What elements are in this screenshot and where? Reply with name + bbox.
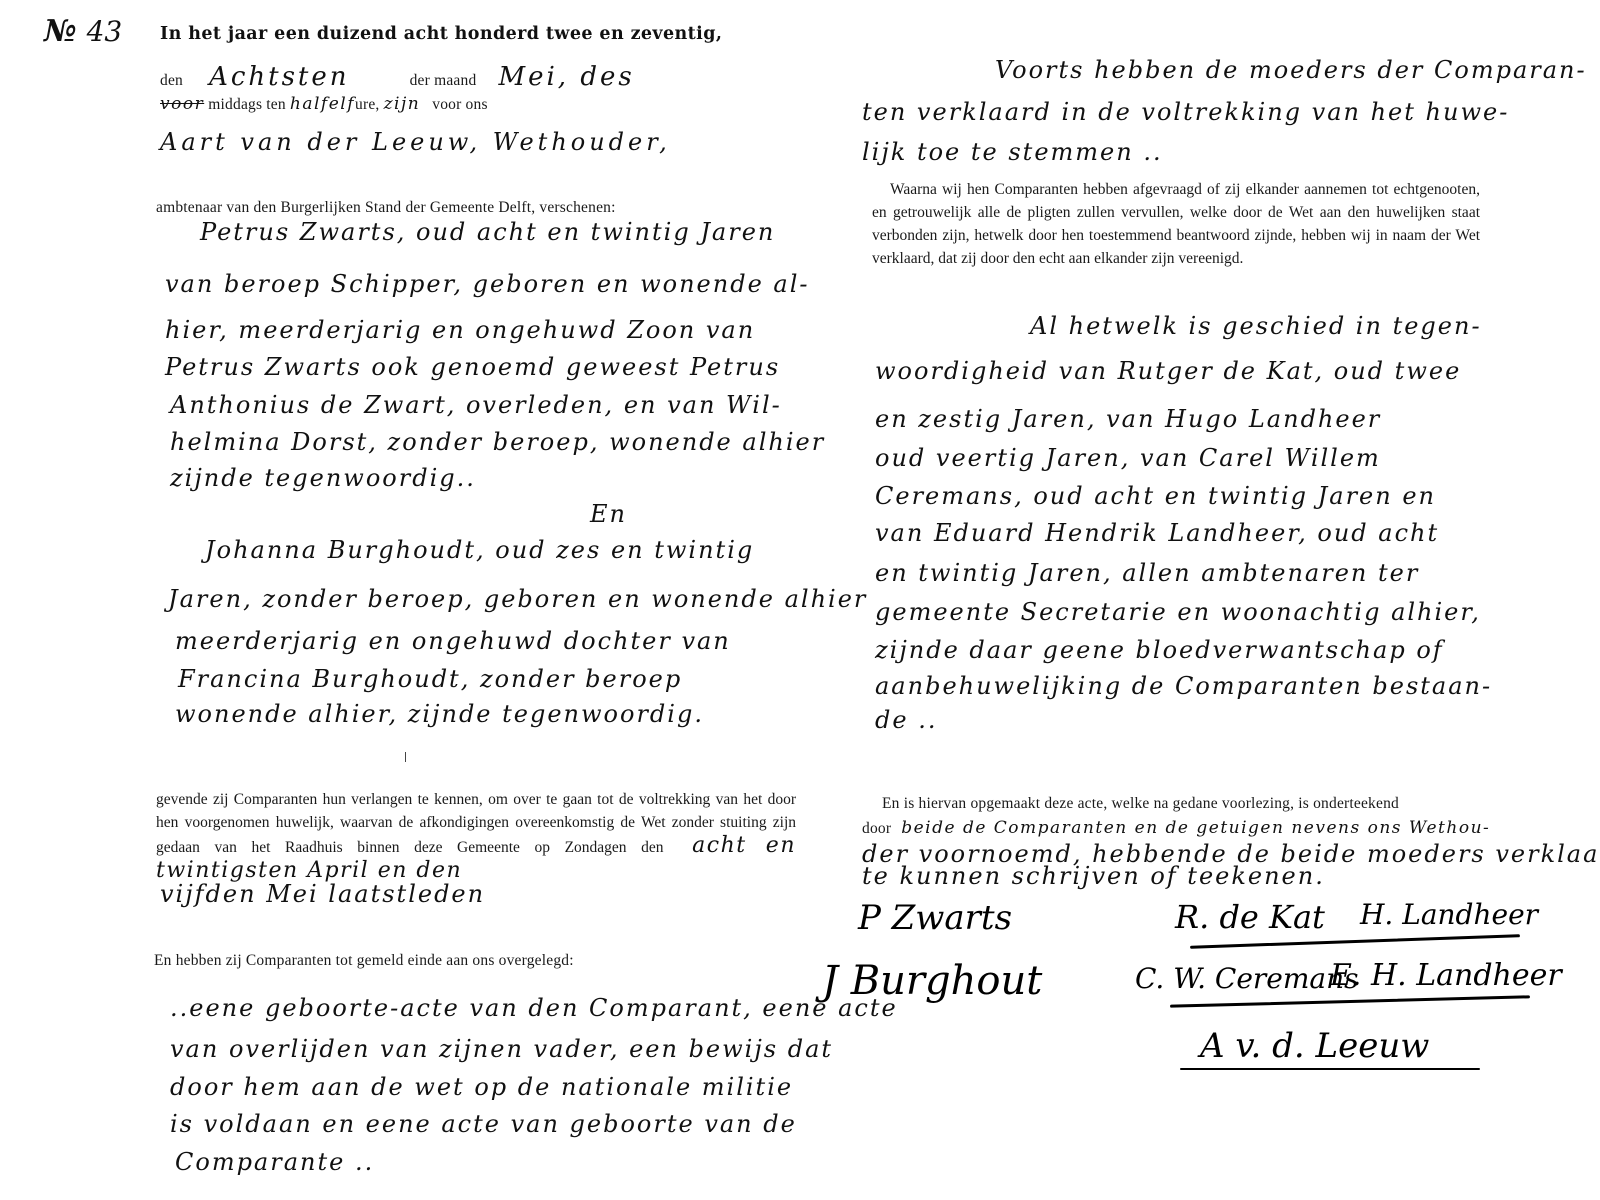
groom-line-3: hier, meerderjarig en ongehuwd Zoon van bbox=[165, 316, 755, 344]
signature-groom: P Zwarts bbox=[858, 898, 1012, 938]
month-label: der maand bbox=[410, 72, 477, 89]
signature-witness-3: C. W. Ceremans bbox=[1135, 962, 1359, 995]
witness-line-4: oud veertig Jaren, van Carel Willem bbox=[875, 444, 1381, 472]
ure-label: ure, bbox=[355, 96, 379, 113]
closing-handwritten-1: beide de Comparanten en de getuigen neve… bbox=[901, 818, 1490, 838]
witness-line-1: Al hetwelk is geschied in tegen- bbox=[1030, 312, 1482, 340]
signature-witness-4: E. H. Landheer bbox=[1330, 958, 1562, 993]
signature-witness-1: R. de Kat bbox=[1175, 898, 1325, 936]
documents-line-3: door hem aan de wet op de nationale mili… bbox=[170, 1073, 793, 1101]
middags-label: middags ten bbox=[208, 96, 286, 113]
witness-line-7: en twintig Jaren, allen ambtenaren ter bbox=[875, 559, 1419, 587]
witness-line-2: woordigheid van Rutger de Kat, oud twee bbox=[875, 357, 1461, 385]
record-number: №43 bbox=[44, 14, 122, 49]
bride-line-4: Francina Burghoudt, zonder beroep bbox=[178, 665, 682, 693]
ambtenaar-line: ambtenaar van den Burgerlijken Stand der… bbox=[156, 199, 616, 217]
witness-line-5: Ceremans, oud acht en twintig Jaren en bbox=[875, 482, 1436, 510]
date-month: Mei, des bbox=[498, 62, 634, 92]
groom-line-5: Anthonius de Zwart, overleden, en van Wi… bbox=[170, 391, 782, 419]
time-hour: halfelf bbox=[290, 94, 355, 114]
margin-tick bbox=[405, 752, 406, 762]
date-line: den Achtsten der maand Mei, des bbox=[160, 62, 635, 92]
signature-official: A v. d. Leeuw bbox=[1200, 1026, 1429, 1066]
closing-handwritten-3: te kunnen schrijven of teekenen. bbox=[862, 862, 1325, 890]
signature-bride: J Burghout bbox=[822, 958, 1042, 1004]
intent-paragraph: gevende zij Comparanten hun verlangen te… bbox=[156, 788, 796, 884]
record-heading: In het jaar een duizend acht honderd twe… bbox=[160, 24, 722, 44]
scanned-document-page: №43 In het jaar een duizend acht honderd… bbox=[0, 0, 1600, 1200]
vows-paragraph: Waarna wij hen Comparanten hebben afgevr… bbox=[872, 178, 1480, 270]
witness-line-10: aanbehuwelijking de Comparanten bestaan- bbox=[875, 672, 1492, 700]
documents-line-5: Comparante .. bbox=[175, 1148, 374, 1176]
documents-line-4: is voldaan en eene acte van geboorte van… bbox=[170, 1110, 797, 1138]
witness-line-9: zijnde daar geene bloedverwantschap of bbox=[875, 636, 1444, 664]
voor-na-middag: voor bbox=[160, 94, 204, 114]
time-line: voor middags ten halfelfure, zijn voor o… bbox=[160, 94, 488, 114]
record-number-value: 43 bbox=[87, 15, 123, 48]
consent-line-1: Voorts hebben de moeders der Comparan- bbox=[995, 56, 1587, 84]
date-prefix: den bbox=[160, 72, 183, 89]
witness-line-8: gemeente Secretarie en woonachtig alhier… bbox=[875, 598, 1481, 626]
closing-line-1: door beide de Comparanten en de getuigen… bbox=[862, 818, 1490, 838]
consent-line-3: lijk toe te stemmen .. bbox=[862, 138, 1163, 166]
groom-line-4: Petrus Zwarts ook genoemd geweest Petrus bbox=[165, 353, 780, 381]
voor-ons-label: voor ons bbox=[432, 96, 487, 113]
bride-line-3: meerderjarig en ongehuwd dochter van bbox=[175, 627, 731, 655]
bride-line-2: Jaren, zonder beroep, geboren en wonende… bbox=[168, 585, 867, 613]
witness-line-3: en zestig Jaren, van Hugo Landheer bbox=[875, 405, 1381, 433]
bride-line-1: Johanna Burghoudt, oud zes en twintig bbox=[205, 536, 754, 564]
signature-witness-2: H. Landheer bbox=[1360, 898, 1538, 931]
date-day: Achtsten bbox=[209, 62, 349, 92]
signature-flourish bbox=[1190, 934, 1520, 949]
documents-line-1: ..eene geboorte-acte van den Comparant, … bbox=[170, 994, 898, 1022]
zijn-word: zijn bbox=[384, 94, 421, 114]
intent-handwritten-2: vijfden Mei laatstleden bbox=[160, 880, 485, 908]
witness-line-6: van Eduard Hendrik Landheer, oud acht bbox=[875, 519, 1439, 547]
signature-flourish bbox=[1180, 1068, 1480, 1070]
groom-line-6: helmina Dorst, zonder beroep, wonende al… bbox=[170, 428, 825, 456]
groom-line-2: van beroep Schipper, geboren en wonende … bbox=[165, 270, 810, 298]
groom-line-7: zijnde tegenwoordig.. bbox=[170, 464, 476, 492]
number-label: № bbox=[44, 14, 77, 49]
witness-line-11: de .. bbox=[875, 706, 937, 734]
connector-en: En bbox=[590, 500, 627, 528]
groom-line-1: Petrus Zwarts, oud acht en twintig Jaren bbox=[200, 218, 775, 246]
bride-line-5: wonende alhier, zijnde tegenwoordig. bbox=[175, 700, 704, 728]
documents-line-2: van overlijden van zijnen vader, een bew… bbox=[170, 1035, 833, 1063]
consent-line-2: ten verklaard in de voltrekking van het … bbox=[862, 98, 1509, 126]
official-name-line: Aart van der Leeuw, Wethouder, bbox=[160, 128, 671, 156]
door-label: door bbox=[862, 820, 891, 837]
closing-printed: En is hiervan opgemaakt deze acte, welke… bbox=[882, 795, 1399, 813]
documents-intro: En hebben zij Comparanten tot gemeld ein… bbox=[154, 952, 574, 970]
signature-flourish bbox=[1170, 995, 1530, 1007]
